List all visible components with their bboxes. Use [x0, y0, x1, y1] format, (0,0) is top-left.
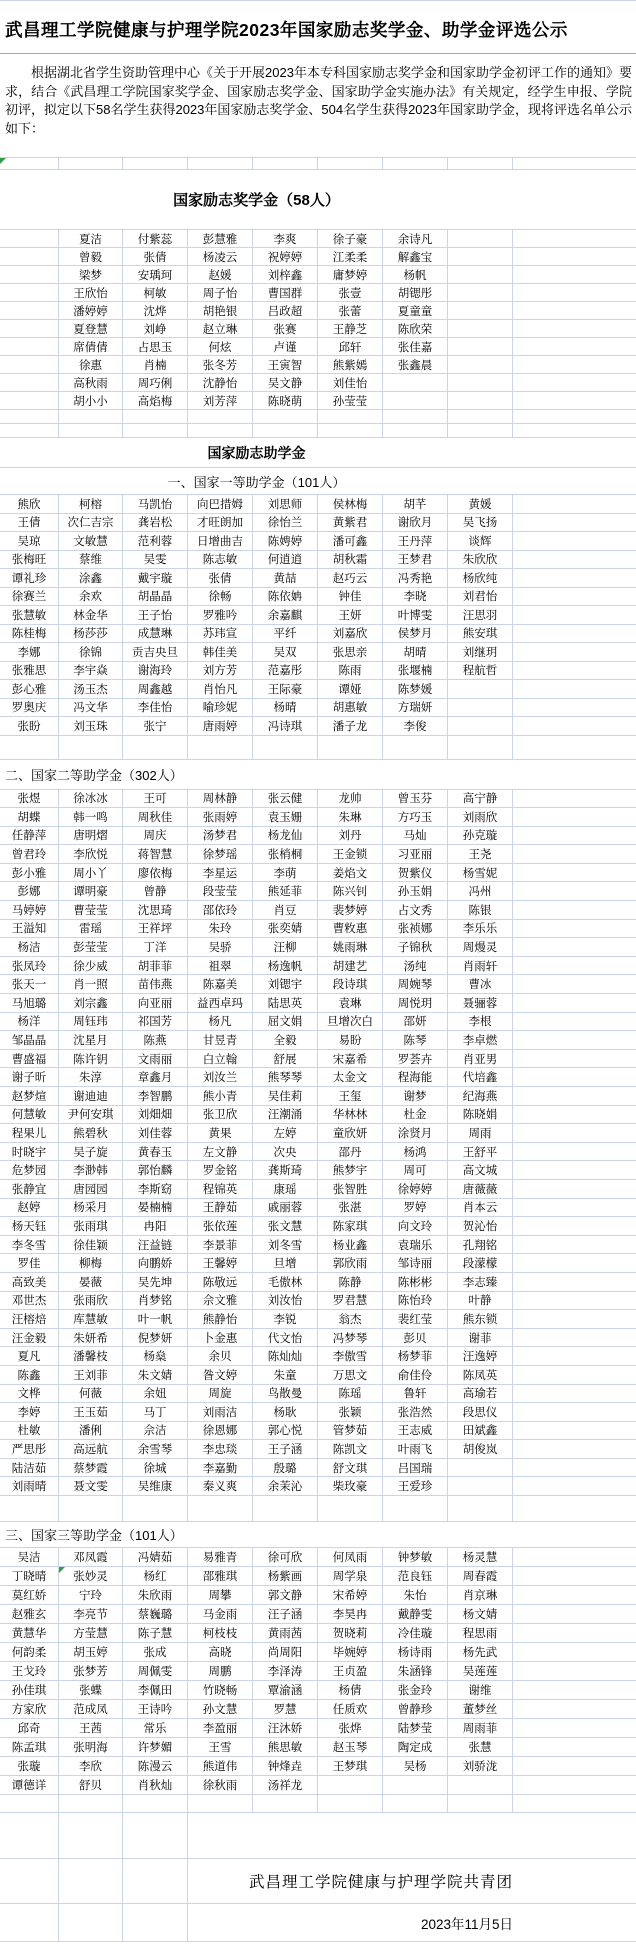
table-row: 张煜徐冰冰王可周林静张云健龙帅曾玉芬高宁静: [0, 790, 636, 809]
name-cell: 聂文雯: [59, 1477, 123, 1496]
empty-cell: [513, 920, 636, 939]
name-cell: 杨诗雨: [383, 1643, 448, 1662]
name-cell: 汤祥龙: [253, 1776, 318, 1795]
name-cell: 张文慧: [253, 1217, 318, 1236]
name-cell: 熊梦宇: [318, 1161, 383, 1180]
empty-cell: [513, 680, 636, 699]
empty-cell: [513, 1347, 636, 1366]
name-cell: 周小丫: [59, 864, 123, 883]
name-cell: 祁国芳: [123, 1013, 188, 1032]
name-cell: 任质欢: [318, 1700, 383, 1719]
name-cell: 王戈玲: [0, 1662, 59, 1681]
empty-cell: [513, 1385, 636, 1404]
table-row: 张盼刘玉珠张宁唐雨婷冯诗琪潘子龙李俊: [0, 717, 636, 736]
empty-cell: [123, 410, 188, 424]
name-cell: 叶静: [448, 1292, 513, 1311]
name-cell: 方家欣: [0, 1700, 59, 1719]
name-cell: 全毅: [253, 1031, 318, 1050]
name-cell: 李根: [448, 1013, 513, 1032]
name-cell: 蔡巍璐: [123, 1605, 188, 1624]
name-cell: 陈许钥: [59, 1050, 123, 1069]
empty-cell: [0, 424, 59, 438]
empty-cell: [253, 1496, 318, 1522]
name-cell: 陈家琪: [318, 1217, 383, 1236]
name-cell: 许梦媚: [123, 1738, 188, 1757]
name-cell: 任静萍: [0, 827, 59, 846]
empty-cell: [188, 736, 253, 760]
name-cell: 胡晶晶: [123, 588, 188, 607]
name-cell: 张妙灵: [59, 1567, 123, 1586]
name-cell: 曹敉惠: [318, 920, 383, 939]
name-cell: 张明海: [59, 1738, 123, 1757]
name-cell: 陆思英: [253, 994, 318, 1013]
empty-cell: [59, 1813, 123, 1859]
name-cell: 曾静: [123, 882, 188, 901]
name-cell: 余诗凡: [383, 230, 448, 248]
name-cell: 罗君慧: [318, 1292, 383, 1311]
name-cell: 何薇: [59, 1385, 123, 1404]
empty-cell: [513, 284, 636, 302]
empty-cell: [0, 158, 59, 170]
table-row: 席倩倩占思玉何炫卢谨邱轩张佳嘉: [0, 338, 636, 356]
name-cell: 吴文静: [253, 374, 318, 392]
name-cell: 邱奇: [0, 1719, 59, 1738]
name-cell: 周佩雯: [123, 1662, 188, 1681]
empty-cell: [513, 1106, 636, 1125]
name-cell: 周悦玥: [383, 994, 448, 1013]
name-cell: 柯榕: [59, 495, 123, 514]
empty-cell: [513, 717, 636, 736]
name-cell: 王寅智: [253, 356, 318, 374]
name-cell: 旦增: [253, 1254, 318, 1273]
name-cell: 孙莹莹: [318, 392, 383, 410]
name-cell: 肖一照: [59, 975, 123, 994]
empty-row: [0, 424, 636, 438]
empty-cell: [513, 1124, 636, 1143]
name-cell: 张壹: [318, 284, 383, 302]
empty-cell: [513, 1180, 636, 1199]
name-cell: 余欢: [59, 588, 123, 607]
name-cell: 佘文雅: [188, 1292, 253, 1311]
footer-date-cell: 2023年11月5日: [188, 1904, 636, 1942]
name-cell: 孔翔铭: [448, 1236, 513, 1255]
table-row: 曹盛福陈许钥文雨丽白立翰舒展宋嘉希罗荟卉肖亚男: [0, 1050, 636, 1069]
name-cell: 陈孟琪: [0, 1738, 59, 1757]
name-cell: 高晓: [188, 1643, 253, 1662]
name-cell: 徐可欣: [253, 1548, 318, 1567]
name-cell: 陆梦莹: [383, 1719, 448, 1738]
name-cell: 汪潮涌: [253, 1106, 318, 1125]
name-cell: 杨天钰: [0, 1217, 59, 1236]
comment-marker-icon: [59, 1567, 65, 1573]
name-cell: 马凯怡: [123, 495, 188, 514]
name-cell: 纪海燕: [448, 1087, 513, 1106]
name-cell: 龚斯琦: [253, 1161, 318, 1180]
empty-cell: [123, 1904, 188, 1942]
empty-cell: [448, 248, 513, 266]
name-cell: 朱文婧: [123, 1366, 188, 1385]
name-cell: 肖楠: [123, 356, 188, 374]
empty-cell: [59, 736, 123, 760]
name-cell: 熊道伟: [188, 1757, 253, 1776]
name-cell: 宋希婷: [318, 1586, 383, 1605]
name-cell: 刘嘉欣: [318, 625, 383, 644]
name-cell: 才旺朗加: [188, 514, 253, 533]
name-cell: 方莹慧: [59, 1624, 123, 1643]
empty-cell: [188, 424, 253, 438]
name-cell: 彭心雅: [0, 680, 59, 699]
name-cell: 朱淳: [59, 1068, 123, 1087]
name-cell: 赵玉琴: [318, 1738, 383, 1757]
table-row: 高秋雨周巧俐沈静怡吴文静刘佳怡: [0, 374, 636, 392]
name-cell: 邵雅琪: [188, 1567, 253, 1586]
name-cell: 汪思羽: [448, 606, 513, 625]
name-cell: 李乐乐: [448, 920, 513, 939]
empty-cell: [513, 1199, 636, 1218]
name-cell: 柯枝枝: [188, 1624, 253, 1643]
name-cell: 席倩倩: [59, 338, 123, 356]
empty-cell: [318, 1496, 383, 1522]
name-cell: 占思玉: [123, 338, 188, 356]
empty-cell: [513, 248, 636, 266]
name-cell: 黄雨茜: [253, 1624, 318, 1643]
name-cell: 余贝: [188, 1347, 253, 1366]
name-cell: 吴杨: [383, 1757, 448, 1776]
name-cell: 罗金铭: [188, 1161, 253, 1180]
empty-cell: [383, 158, 448, 170]
name-cell: 王雪: [188, 1738, 253, 1757]
name-cell: 竹晓畅: [188, 1681, 253, 1700]
name-cell: 范良钰: [383, 1567, 448, 1586]
name-cell: 陈嘉美: [188, 975, 253, 994]
tier2-header: 二、国家二等助学金（302人）: [0, 760, 636, 790]
name-cell: 谈辉: [448, 532, 513, 551]
empty-cell: [513, 606, 636, 625]
empty-cell: [513, 1643, 636, 1662]
name-cell: 李佩田: [123, 1681, 188, 1700]
name-cell: 周婉琴: [383, 975, 448, 994]
name-cell: 胡惠敏: [318, 699, 383, 718]
name-cell: 罗奥庆: [0, 699, 59, 718]
name-cell: 日增曲吉: [188, 532, 253, 551]
empty-cell: [188, 1813, 636, 1859]
name-cell: 周可: [383, 1161, 448, 1180]
name-cell: 杨耿: [253, 1403, 318, 1422]
name-cell: 张卫欣: [188, 1106, 253, 1125]
name-cell: 张梦芳: [59, 1662, 123, 1681]
empty-cell: [448, 736, 513, 760]
name-cell: 袁玉姗: [253, 808, 318, 827]
table-row: 罗奥庆冯文华李佳怡喻珍妮杨晴胡惠敏方瑞妍: [0, 699, 636, 718]
name-cell: 张冬芳: [188, 356, 253, 374]
name-cell: 何炫: [188, 338, 253, 356]
name-cell: 杨莎莎: [59, 625, 123, 644]
name-cell: 王丹萍: [383, 532, 448, 551]
name-cell: 万思文: [318, 1366, 383, 1385]
name-cell: 夏凡: [0, 1347, 59, 1366]
name-cell: 朱童: [253, 1366, 318, 1385]
empty-cell: [513, 569, 636, 588]
empty-cell: [513, 1776, 636, 1795]
name-cell: 向文玲: [383, 1217, 448, 1236]
name-cell: 熊琴琴: [253, 1068, 318, 1087]
name-cell: 马丁: [123, 1403, 188, 1422]
name-cell: 庸梦婷: [318, 266, 383, 284]
name-cell: 贺沁怡: [448, 1217, 513, 1236]
name-cell: 叶博雯: [383, 606, 448, 625]
name-cell: 曾静珍: [383, 1700, 448, 1719]
name-cell: 曹国群: [253, 284, 318, 302]
empty-cell: [448, 1795, 513, 1813]
empty-cell: [513, 1422, 636, 1441]
name-cell: 夏童童: [383, 302, 448, 320]
table-row: 张凤玲徐少威胡菲菲祖翠杨逸帆胡建艺汤纯肖雨轩: [0, 957, 636, 976]
name-cell: 刘锶宇: [253, 975, 318, 994]
name-cell: 周攀: [188, 1586, 253, 1605]
empty-cell: [513, 827, 636, 846]
name-cell: 赵梦煊: [0, 1087, 59, 1106]
name-cell: 张佳嘉: [383, 338, 448, 356]
empty-cell: [253, 1795, 318, 1813]
name-cell: 谭明豪: [59, 882, 123, 901]
empty-cell: [318, 1795, 383, 1813]
name-cell: 段诗琪: [318, 975, 383, 994]
name-cell: 陶定成: [383, 1738, 448, 1757]
name-cell: 王梦琪: [318, 1757, 383, 1776]
name-cell: 徐梦瑶: [188, 845, 253, 864]
name-cell: 刘雨洁: [188, 1403, 253, 1422]
name-cell: 卜金惠: [188, 1329, 253, 1348]
empty-cell: [513, 790, 636, 809]
tier3-header: 三、国家三等助学金（101人）: [0, 1522, 636, 1548]
name-cell: 段思仪: [448, 1403, 513, 1422]
empty-cell: [513, 699, 636, 718]
name-cell: 唐薇薇: [448, 1180, 513, 1199]
table-row: 赵婷杨采月晏楠楠王静茹戚丽蓉张湛罗婷肖本云: [0, 1199, 636, 1218]
name-cell: 李锐: [253, 1310, 318, 1329]
name-cell: 张蕾: [318, 302, 383, 320]
name-cell: 袁琳: [318, 994, 383, 1013]
name-cell: 黄果: [188, 1124, 253, 1143]
name-cell: 陈静: [318, 1273, 383, 1292]
name-cell: 陈银: [448, 901, 513, 920]
name-cell: 次央: [253, 1143, 318, 1162]
empty-cell: [318, 158, 383, 170]
name-cell: 杨欣纯: [448, 569, 513, 588]
name-cell: 王志威: [383, 1422, 448, 1441]
name-cell: 李亮节: [59, 1605, 123, 1624]
name-cell: 吴飞扬: [448, 514, 513, 533]
name-cell: 谭娅: [318, 680, 383, 699]
name-cell: 翁杰: [318, 1310, 383, 1329]
name-cell: 戴宇璇: [123, 569, 188, 588]
name-cell: 沈思琦: [123, 901, 188, 920]
name-cell: 汪金毅: [0, 1329, 59, 1348]
name-cell: 郭怡麟: [123, 1161, 188, 1180]
name-cell: 李志臻: [448, 1273, 513, 1292]
name-cell: 熊紫嫣: [318, 356, 383, 374]
name-cell: 徐畅: [188, 588, 253, 607]
name-cell: 李婷: [0, 1403, 59, 1422]
table-row: 熊欣柯榕马凯怡向巴措姆刘思师侯林梅胡芊黄媛: [0, 495, 636, 514]
name-cell: 冉阳: [123, 1217, 188, 1236]
name-cell: 高致美: [0, 1273, 59, 1292]
empty-cell: [59, 1904, 123, 1942]
name-cell: 王刘菲: [59, 1366, 123, 1385]
name-cell: 陈灿灿: [253, 1347, 318, 1366]
empty-cell: [448, 338, 513, 356]
empty-cell: [513, 1013, 636, 1032]
empty-cell: [448, 1477, 513, 1496]
table-row: 杨洋周钰玮祁国芳杨凡屈文娟旦增次白邵妍李根: [0, 1013, 636, 1032]
name-cell: 曹冰: [448, 975, 513, 994]
empty-cell: [448, 680, 513, 699]
name-cell: 李景菲: [188, 1236, 253, 1255]
table-row: 徐惠肖楠张冬芳王寅智熊紫嫣张鑫晨: [0, 356, 636, 374]
empty-cell: [513, 1031, 636, 1050]
name-cell: 刘玉珠: [59, 717, 123, 736]
name-cell: 陈彬彬: [383, 1273, 448, 1292]
table-row: 王欣怡柯敏周子怡曹国群张壹胡锶彤: [0, 284, 636, 302]
name-cell: 王祥坪: [123, 920, 188, 939]
empty-row: [0, 736, 636, 760]
name-cell: 高宁静: [448, 790, 513, 809]
name-cell: 戴静雯: [383, 1605, 448, 1624]
name-cell: 舒贝: [59, 1776, 123, 1795]
name-cell: 徐锦: [59, 643, 123, 662]
empty-cell: [513, 1700, 636, 1719]
name-cell: 郭欣雨: [318, 1254, 383, 1273]
name-cell: 周旋: [188, 1385, 253, 1404]
name-cell: 裴梦婷: [318, 901, 383, 920]
name-cell: 华林林: [318, 1106, 383, 1125]
name-cell: 杨红: [123, 1567, 188, 1586]
table-row: 任静萍唐明熠周庆汤梦君杨龙仙刘丹马灿孙克璇: [0, 827, 636, 846]
name-cell: 程海能: [383, 1068, 448, 1087]
empty-cell: [513, 514, 636, 533]
name-cell: 陈敬远: [188, 1273, 253, 1292]
name-cell: 梁梦: [59, 266, 123, 284]
empty-cell: [123, 736, 188, 760]
name-cell: 肖秋灿: [123, 1776, 188, 1795]
table-row: 丁晓晴张妙灵杨红邵雅琪杨紫画周学泉范良钰周春霞: [0, 1567, 636, 1586]
name-cell: 高秋雨: [59, 374, 123, 392]
footer-org-cell: 武昌理工学院健康与护理学院共青团: [188, 1859, 636, 1904]
tier1-header: 一、国家一等助学金（101人）: [0, 468, 636, 495]
name-cell: 汪沐娇: [253, 1719, 318, 1738]
table-row: 潘婷婷沈烨胡艳银吕政超张蕾夏童童: [0, 302, 636, 320]
table-row: 陈桂梅杨莎莎成慧琳苏玮宣平纤刘嘉欣侯梦月熊安琪: [0, 625, 636, 644]
table-row: 汪榕焙库慧敏叶一帆熊静怡李锐翁杰裴红莹熊东锁: [0, 1310, 636, 1329]
empty-cell: [513, 1477, 636, 1496]
footer-org-row: 武昌理工学院健康与护理学院共青团: [0, 1859, 636, 1904]
name-cell: 陈怡玲: [383, 1292, 448, 1311]
empty-cell: [59, 424, 123, 438]
name-cell: 郭心悦: [253, 1422, 318, 1441]
empty-cell: [0, 1904, 59, 1942]
empty-cell: [513, 1459, 636, 1478]
table-row: 王倩次仁吉宗龚岩松才旺朗加徐怡兰黄紫君谢欣月吴飞扬: [0, 514, 636, 533]
name-cell: 陈子慧: [123, 1624, 188, 1643]
name-cell: 陈凤英: [448, 1366, 513, 1385]
name-cell: 高远航: [59, 1440, 123, 1459]
name-cell: 罗雅吟: [188, 606, 253, 625]
name-cell: 莫红娇: [0, 1586, 59, 1605]
name-cell: 刘思师: [253, 495, 318, 514]
name-cell: 宋嘉希: [318, 1050, 383, 1069]
name-cell: 孙克璇: [448, 827, 513, 846]
name-cell: 管梦茹: [318, 1422, 383, 1441]
name-cell: 文桦: [0, 1385, 59, 1404]
name-cell: 余妞: [123, 1385, 188, 1404]
name-cell: 陈鑫: [0, 1366, 59, 1385]
table-row: 陈鑫王刘菲朱文婧昝文婷朱童万思文俞佳伶陈凤英: [0, 1366, 636, 1385]
empty-cell: [0, 392, 59, 410]
name-cell: 覃渝涵: [253, 1681, 318, 1700]
name-cell: 王爱珍: [383, 1477, 448, 1496]
name-cell: 苏玮宣: [188, 625, 253, 644]
award-table: 夏洁付紫蕊彭慧雅李爽徐子豪余诗凡曾毅张倩杨凌云祝婷婷江柔柔解鑫宝梁梦安瑀珂赵媛刘…: [0, 230, 636, 410]
name-cell: 张智胜: [318, 1180, 383, 1199]
name-cell: 陈燕: [123, 1031, 188, 1050]
name-cell: 汪逸婷: [448, 1347, 513, 1366]
name-cell: 潘俐: [59, 1422, 123, 1441]
name-cell: 马灿: [383, 827, 448, 846]
name-cell: 赵婷: [0, 1199, 59, 1218]
name-cell: 安瑀珂: [123, 266, 188, 284]
name-cell: 李娜: [0, 643, 59, 662]
name-cell: 李萌: [253, 864, 318, 883]
table-row: 曾毅张倩杨凌云祝婷婷江柔柔解鑫宝: [0, 248, 636, 266]
empty-cell: [253, 736, 318, 760]
name-cell: 孙佳琪: [0, 1681, 59, 1700]
empty-cell: [0, 266, 59, 284]
table-row: 王戈玲张梦芳周佩雯周鹏李泽涛王贞盈朱涵锋吴莲莲: [0, 1662, 636, 1681]
name-cell: 周巧俐: [123, 374, 188, 392]
empty-cell: [448, 699, 513, 718]
name-cell: 刘宗鑫: [59, 994, 123, 1013]
name-cell: 杨先武: [448, 1643, 513, 1662]
name-cell: 朱怡: [383, 1586, 448, 1605]
name-cell: 陈瑶: [318, 1385, 383, 1404]
name-cell: 张雅思: [0, 662, 59, 681]
name-cell: 杨凌云: [188, 248, 253, 266]
name-cell: 晏薇: [59, 1273, 123, 1292]
table-row: 刘雨晴聂文雯吴维康秦义爽余茉沁柴玫豪王爱珍: [0, 1477, 636, 1496]
empty-cell: [0, 1496, 59, 1522]
empty-cell: [448, 1459, 513, 1478]
name-cell: 黄慧华: [0, 1624, 59, 1643]
name-cell: 罗荟卉: [383, 1050, 448, 1069]
empty-cell: [513, 1662, 636, 1681]
name-cell: 杨紫画: [253, 1567, 318, 1586]
empty-cell: [448, 374, 513, 392]
empty-cell: [513, 1273, 636, 1292]
name-cell: 吴莲莲: [448, 1662, 513, 1681]
table-row: 胡蝶韩一鸣周秋佳张雨婷袁玉姗朱琳方巧玉刘雨欣: [0, 808, 636, 827]
table-row: 彭小雅周小丫廖依梅李星运李萌姜焰文贺紫仪杨雪妮: [0, 864, 636, 883]
name-cell: 孙玉娟: [383, 882, 448, 901]
name-cell: 张浩然: [383, 1403, 448, 1422]
name-cell: 李泽涛: [253, 1662, 318, 1681]
name-cell: 韩佳美: [188, 643, 253, 662]
name-cell: 谢海玲: [123, 662, 188, 681]
name-cell: 吴佳莉: [253, 1087, 318, 1106]
name-cell: 熊静怡: [188, 1310, 253, 1329]
name-cell: 戚丽蓉: [253, 1199, 318, 1218]
name-cell: 彭莹莹: [59, 938, 123, 957]
empty-cell: [59, 410, 123, 424]
